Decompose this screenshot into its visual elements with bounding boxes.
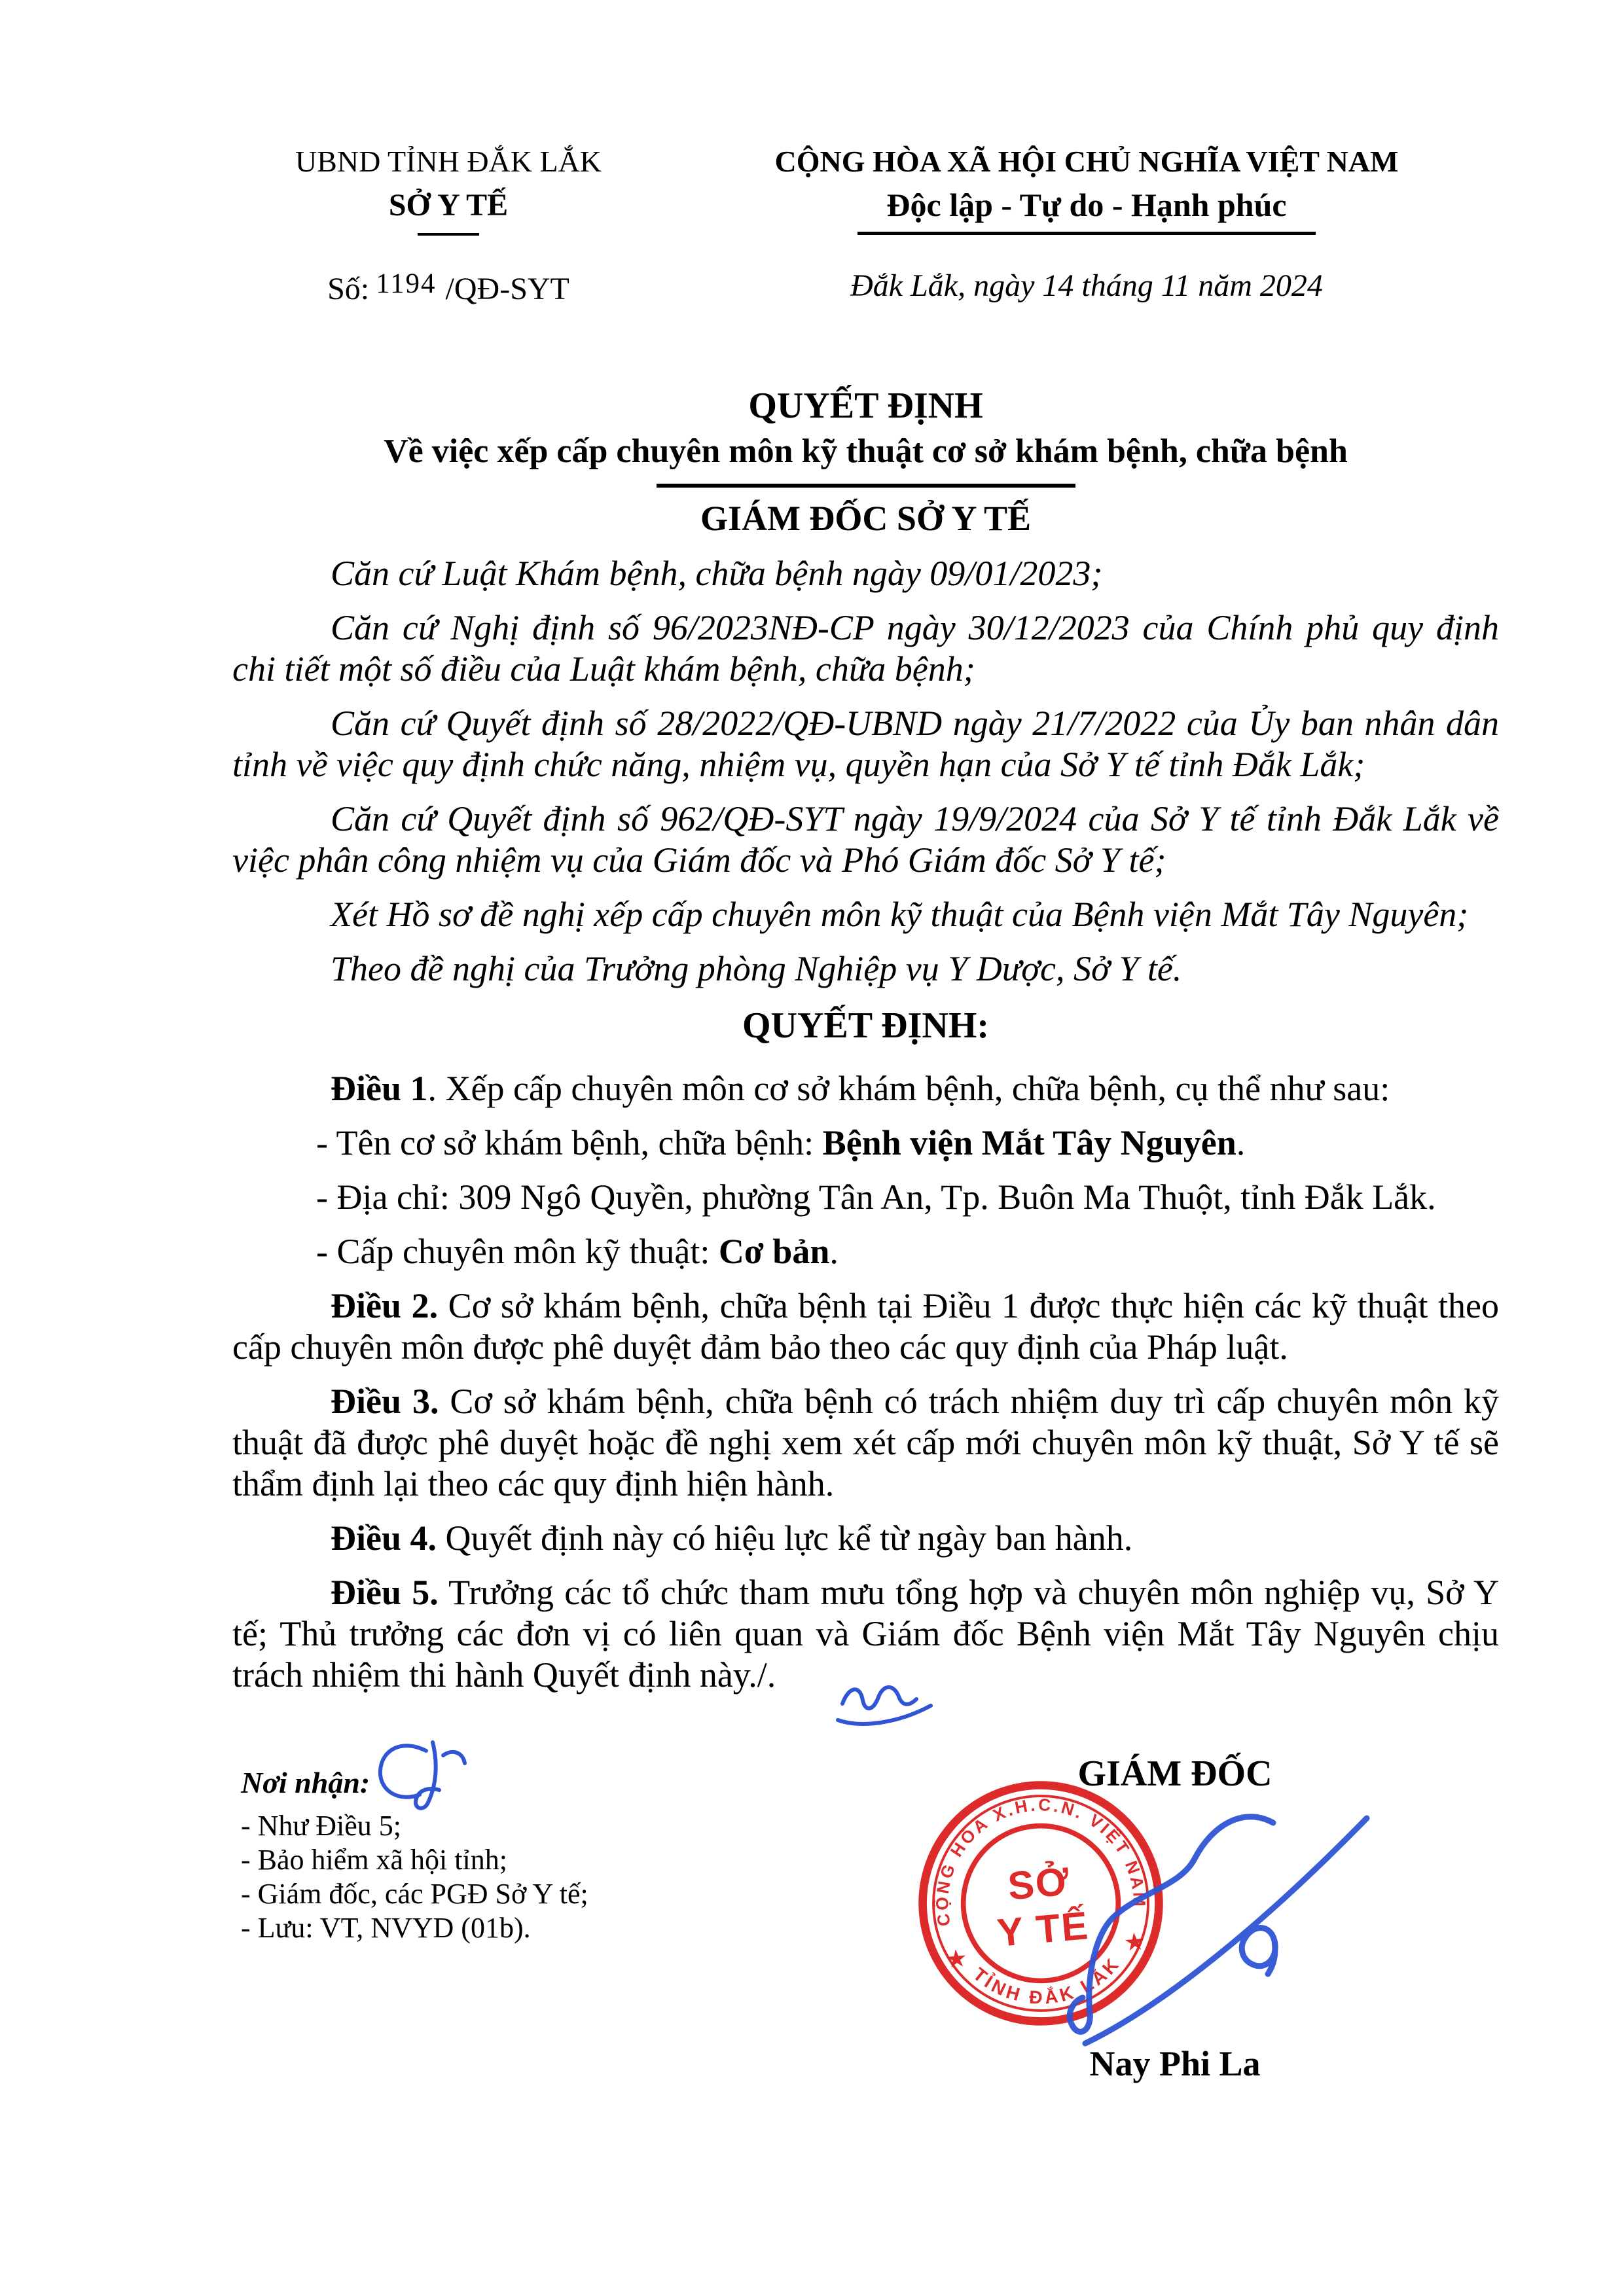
signer-name: Nay Phi La: [949, 2043, 1401, 2084]
parent-org: UBND TỈNH ĐẮK LẮK: [223, 143, 674, 181]
article-1-label: Điều 1: [331, 1069, 428, 1108]
article-3-label: Điều 3.: [331, 1382, 439, 1421]
ink-initial-recipients: [362, 1734, 486, 1813]
document-number: 1194: [369, 268, 445, 299]
org-name: SỞ Y TẾ: [223, 186, 674, 225]
title-block: QUYẾT ĐỊNH Về việc xếp cấp chuyên môn kỹ…: [232, 383, 1499, 541]
article-1-item-level: - Cấp chuyên môn kỹ thuật: Cơ bản.: [232, 1231, 1499, 1272]
article-5-label: Điều 5.: [331, 1573, 439, 1612]
issuing-authority: GIÁM ĐỐC SỞ Y TẾ: [232, 495, 1499, 541]
number-label: Số:: [327, 272, 369, 306]
issuing-org-block: UBND TỈNH ĐẮK LẮK SỞ Y TẾ Số:1194/QĐ-SYT: [223, 143, 674, 309]
national-motto: Độc lập - Tự do - Hạnh phúc: [710, 185, 1463, 226]
document-body: Căn cứ Luật Khám bệnh, chữa bệnh ngày 09…: [232, 553, 1499, 1709]
preamble-paragraph: Căn cứ Luật Khám bệnh, chữa bệnh ngày 09…: [232, 553, 1499, 594]
recipient-item: - Lưu: VT, NVYD (01b).: [241, 1911, 588, 1945]
document-subject: Về việc xếp cấp chuyên môn kỹ thuật cơ s…: [232, 429, 1499, 475]
document-type: QUYẾT ĐỊNH: [232, 383, 1499, 429]
item-level-suffix: .: [829, 1232, 839, 1271]
national-title: CỘNG HÒA XÃ HỘI CHỦ NGHĨA VIỆT NAM: [710, 143, 1463, 181]
document-number-line: Số:1194/QĐ-SYT: [223, 270, 674, 309]
signature-strokes: [1021, 1787, 1414, 2062]
recipient-item: - Bảo hiểm xã hội tỉnh;: [241, 1843, 588, 1877]
stamp-star-left: ★: [946, 1946, 967, 1971]
item-name-suffix: .: [1236, 1123, 1246, 1162]
director-signature: [1021, 1787, 1414, 2062]
org-underline: [418, 233, 479, 236]
place-dateline: Đắk Lắk, ngày 14 tháng 11 năm 2024: [710, 266, 1463, 306]
motto-underline: [857, 232, 1316, 235]
article-4-label: Điều 4.: [331, 1518, 437, 1558]
article-1: Điều 1. Xếp cấp chuyên môn cơ sở khám bệ…: [232, 1068, 1499, 1109]
article-1-item-address: - Địa chỉ: 309 Ngô Quyền, phường Tân An,…: [232, 1177, 1499, 1218]
article-2-label: Điều 2.: [331, 1286, 438, 1325]
preamble-paragraph: Căn cứ Quyết định số 28/2022/QĐ-UBND ngà…: [232, 703, 1499, 785]
article-2: Điều 2. Cơ sở khám bệnh, chữa bệnh tại Đ…: [232, 1285, 1499, 1368]
number-suffix: /QĐ-SYT: [446, 272, 569, 306]
item-name-prefix: - Tên cơ sở khám bệnh, chữa bệnh:: [316, 1123, 823, 1162]
national-header-block: CỘNG HÒA XÃ HỘI CHỦ NGHĨA VIỆT NAM Độc l…: [710, 143, 1463, 306]
decision-document-page: UBND TỈNH ĐẮK LẮK SỞ Y TẾ Số:1194/QĐ-SYT…: [0, 0, 1624, 2296]
title-underline: [657, 484, 1075, 488]
ink-initial-closing: [833, 1668, 937, 1730]
recipient-item: - Giám đốc, các PGĐ Sở Y tế;: [241, 1877, 588, 1911]
facility-name: Bệnh viện Mắt Tây Nguyên: [823, 1123, 1236, 1162]
preamble-paragraph: Xét Hồ sơ đề nghị xếp cấp chuyên môn kỹ …: [232, 894, 1499, 935]
technical-level: Cơ bản: [719, 1232, 829, 1271]
ink-initial-recipients-strokes: [362, 1734, 486, 1813]
item-level-prefix: - Cấp chuyên môn kỹ thuật:: [316, 1232, 719, 1271]
preamble-paragraph: Căn cứ Nghị định số 96/2023NĐ-CP ngày 30…: [232, 607, 1499, 690]
recipient-item: - Như Điều 5;: [241, 1809, 588, 1843]
article-1-text: . Xếp cấp chuyên môn cơ sở khám bệnh, ch…: [428, 1069, 1390, 1108]
ink-initial-closing-strokes: [833, 1668, 937, 1730]
preamble-paragraph: Căn cứ Quyết định số 962/QĐ-SYT ngày 19/…: [232, 798, 1499, 881]
article-1-item-name: - Tên cơ sở khám bệnh, chữa bệnh: Bệnh v…: [232, 1122, 1499, 1164]
article-3: Điều 3. Cơ sở khám bệnh, chữa bệnh có tr…: [232, 1381, 1499, 1505]
article-4-text: Quyết định này có hiệu lực kể từ ngày ba…: [437, 1518, 1132, 1558]
decision-heading: QUYẾT ĐỊNH:: [232, 1004, 1499, 1047]
preamble-paragraph: Theo đề nghị của Trưởng phòng Nghiệp vụ …: [232, 948, 1499, 990]
article-4: Điều 4. Quyết định này có hiệu lực kể từ…: [232, 1518, 1499, 1559]
